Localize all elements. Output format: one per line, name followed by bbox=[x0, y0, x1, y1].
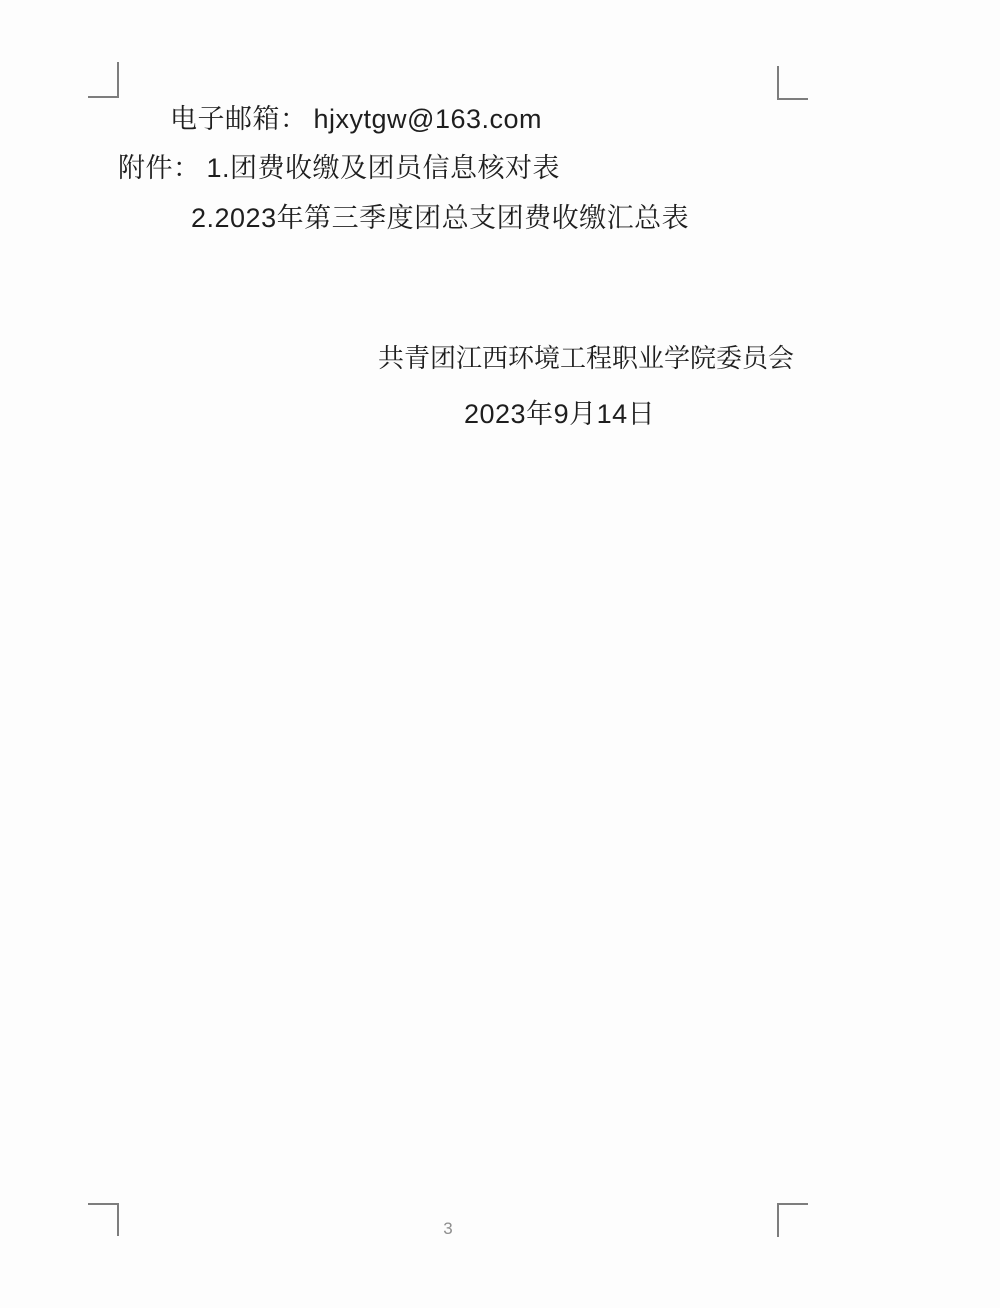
signature-line: 共青团江西环境工程职业学院委员会 bbox=[378, 344, 794, 374]
attachment-line-2: 2.2023年第三季度团总支团费收缴汇总表 bbox=[191, 203, 689, 234]
crop-mark-top-right-icon bbox=[777, 66, 808, 100]
date-line: 2023年9月14日 bbox=[464, 399, 655, 430]
email-label: 电子邮箱： bbox=[170, 104, 308, 134]
email-line: 电子邮箱：hjxytgw@163.com bbox=[170, 104, 542, 135]
document-page: 电子邮箱：hjxytgw@163.com 附件：1.团费收缴及团员信息核对表 2… bbox=[0, 0, 1000, 1308]
crop-mark-bottom-left-icon bbox=[88, 1203, 119, 1236]
attachments-label: 附件： bbox=[118, 153, 201, 183]
crop-mark-top-left-icon bbox=[88, 62, 119, 98]
attachment-item-2: 2.2023年第三季度团总支团费收缴汇总表 bbox=[191, 203, 689, 233]
email-address: hjxytgw@163.com bbox=[314, 104, 543, 134]
attachment-item-1: 1.团费收缴及团员信息核对表 bbox=[207, 153, 561, 183]
attachment-line-1: 附件：1.团费收缴及团员信息核对表 bbox=[118, 153, 560, 184]
crop-mark-bottom-right-icon bbox=[777, 1203, 808, 1237]
page-number: 3 bbox=[438, 1219, 458, 1239]
